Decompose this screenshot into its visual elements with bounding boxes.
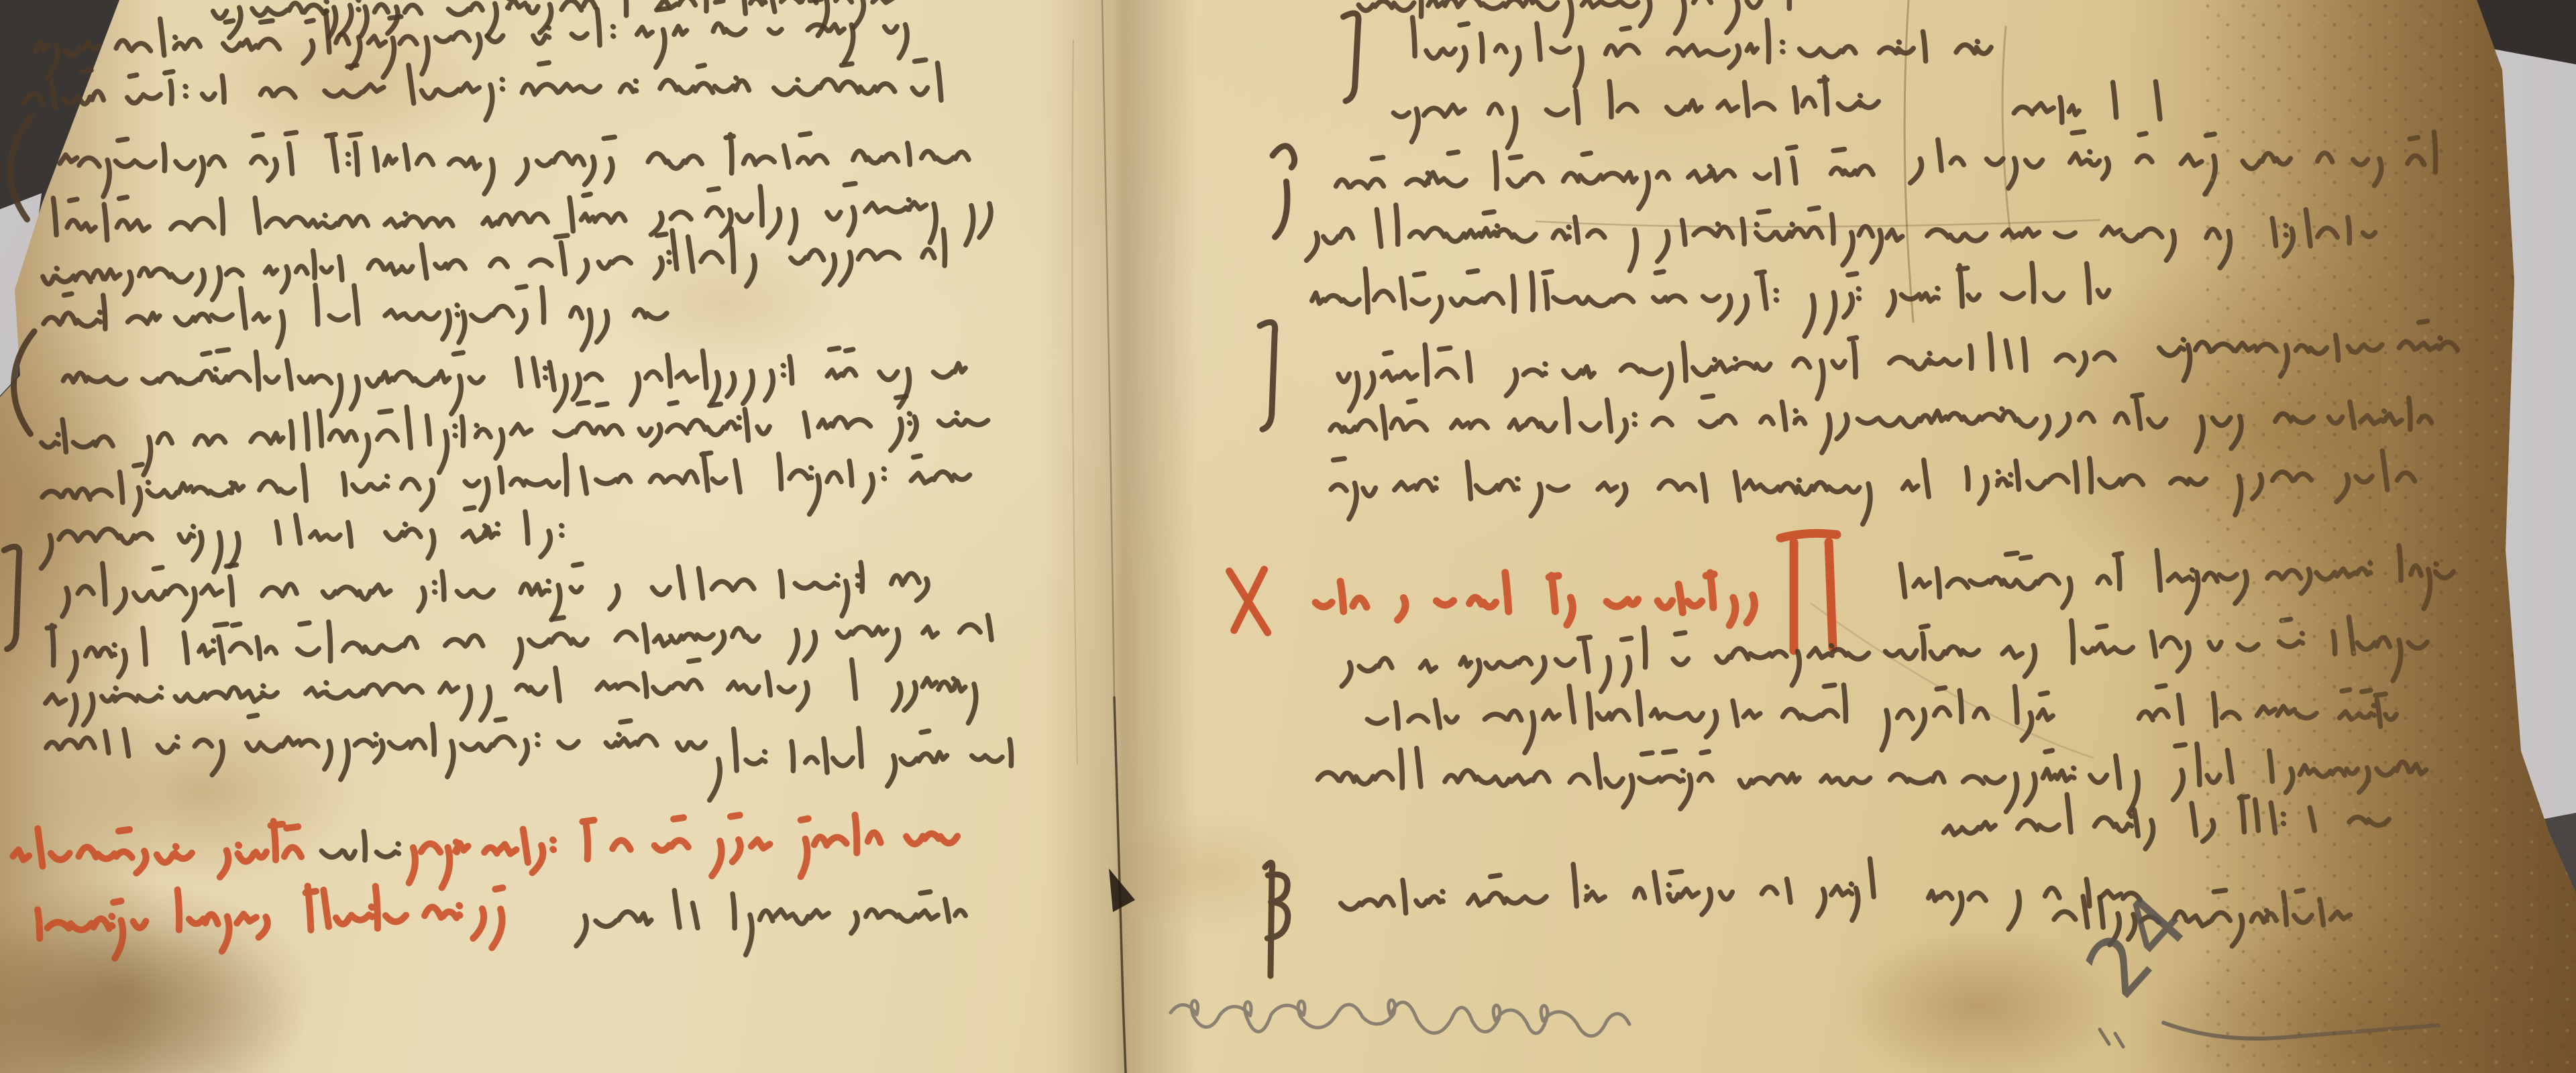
fold-crack — [1072, 0, 1135, 1073]
manuscript-ink-layer: 24 — [0, 0, 2576, 1073]
left-page-text — [0, 0, 1014, 966]
right-page-text — [1222, 0, 2465, 976]
